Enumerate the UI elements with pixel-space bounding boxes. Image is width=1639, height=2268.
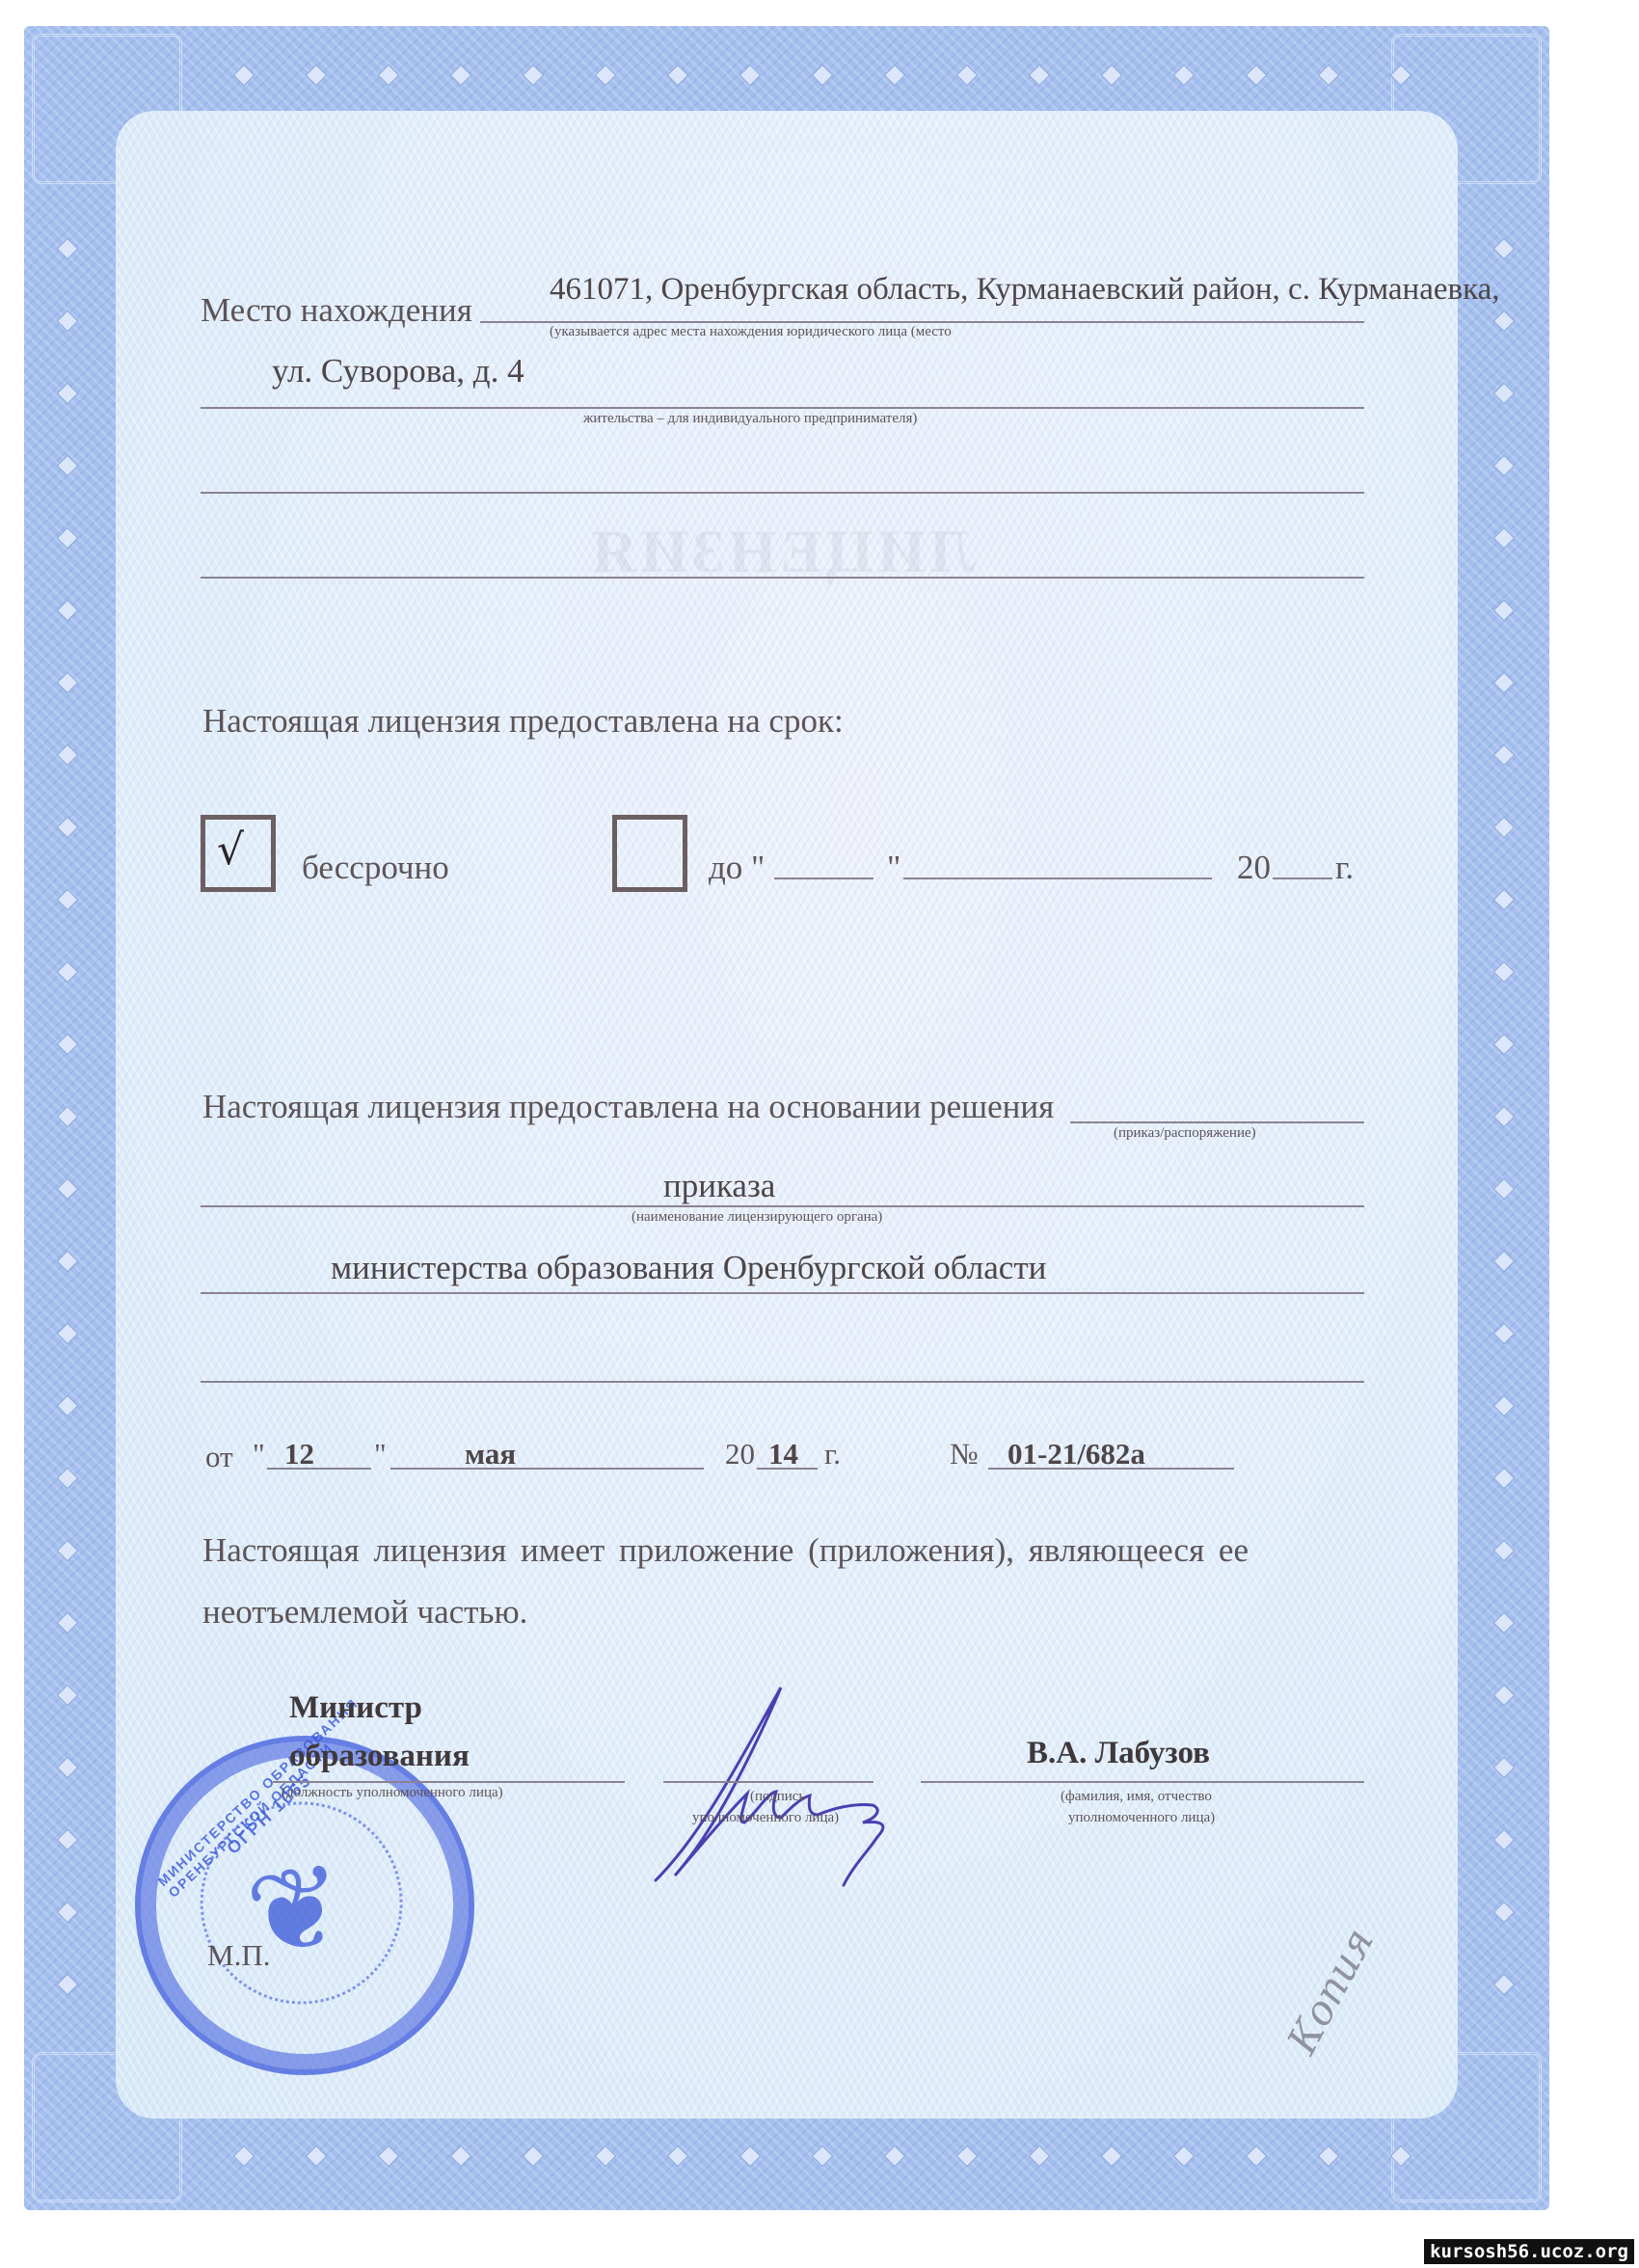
name-hint-line1: (фамилия, имя, отчество — [1061, 1789, 1212, 1805]
until-year-field[interactable] — [1273, 877, 1332, 879]
signatory-name: В.А. Лабузов — [1027, 1736, 1210, 1771]
position-line2: образования — [289, 1739, 470, 1774]
underline — [390, 1468, 704, 1470]
until-day-field[interactable] — [774, 877, 873, 879]
decision-number: 01-21/682а — [1008, 1437, 1145, 1471]
position-line1: Министр — [289, 1690, 422, 1726]
basis-authority-hint: (наименование лицензирующего органа) — [631, 1209, 882, 1226]
checkbox-indefinite[interactable]: √ — [201, 815, 276, 892]
underline — [201, 1381, 1364, 1383]
underline — [273, 1781, 625, 1783]
underline — [201, 1292, 1364, 1294]
underline — [201, 492, 1364, 494]
decision-month: мая — [465, 1437, 516, 1471]
basis-label: Настоящая лицензия предоставлена на осно… — [202, 1088, 1054, 1126]
site-watermark: kursosh56.ucoz.org — [1424, 2239, 1634, 2264]
basis-authority-value: министерства образования Оренбургской об… — [331, 1249, 1046, 1287]
underline — [757, 1468, 818, 1470]
decision-year-prefix: 20 — [725, 1437, 755, 1471]
option-indefinite-label: бессрочно — [302, 849, 449, 887]
underline — [201, 577, 1364, 579]
checkmark-icon: √ — [217, 825, 244, 875]
date-prefix: от — [205, 1440, 233, 1474]
until-year-prefix: 20 — [1237, 849, 1271, 887]
decision-day: 12 — [284, 1437, 314, 1471]
appendix-note-line1: Настоящая лицензия имеет приложение (при… — [202, 1531, 1249, 1570]
number-sign: № — [950, 1437, 979, 1471]
underline — [1070, 1121, 1364, 1123]
basis-type-value: приказа — [663, 1167, 775, 1205]
location-hint1: (указывается адрес места нахождения юрид… — [550, 324, 952, 340]
location-address-line2: ул. Суворова, д. 4 — [272, 352, 524, 391]
underline — [201, 407, 1364, 409]
underline — [201, 1205, 1364, 1207]
quote-close: " — [887, 849, 900, 887]
decision-year: 14 — [768, 1437, 798, 1471]
basis-type-hint: (приказ/распоряжение) — [1114, 1125, 1256, 1142]
handwritten-signature — [636, 1678, 1051, 1900]
location-label: Место нахождения — [201, 291, 472, 330]
location-hint2: жительства – для индивидуального предпри… — [583, 411, 917, 427]
underline — [267, 1468, 371, 1470]
signature-hint-line2: уполномоченного лица) — [692, 1810, 839, 1826]
term-label: Настоящая лицензия предоставлена на срок… — [202, 702, 844, 741]
decision-year-suffix: г. — [824, 1437, 841, 1471]
underline — [663, 1781, 873, 1783]
underline — [988, 1468, 1234, 1470]
seal-label: М.П. — [207, 1938, 270, 1973]
location-address-line1: 461071, Оренбургская область, Курманаевс… — [550, 272, 1500, 308]
until-year-suffix: г. — [1335, 849, 1354, 887]
underline — [921, 1781, 1364, 1783]
name-hint-line2: уполномоченного лица) — [1068, 1810, 1215, 1826]
quote-open: " — [253, 1437, 265, 1471]
until-month-field[interactable] — [903, 877, 1212, 879]
underline — [480, 321, 1364, 323]
quote-close: " — [374, 1437, 387, 1471]
position-hint: (должность уполномоченного лица) — [282, 1785, 503, 1801]
checkbox-until-date[interactable] — [612, 815, 687, 892]
option-until-label: до " — [709, 849, 765, 887]
appendix-note-line2: неотъемлемой частью. — [202, 1593, 527, 1632]
signature-hint-line1: (подпись — [750, 1789, 805, 1805]
